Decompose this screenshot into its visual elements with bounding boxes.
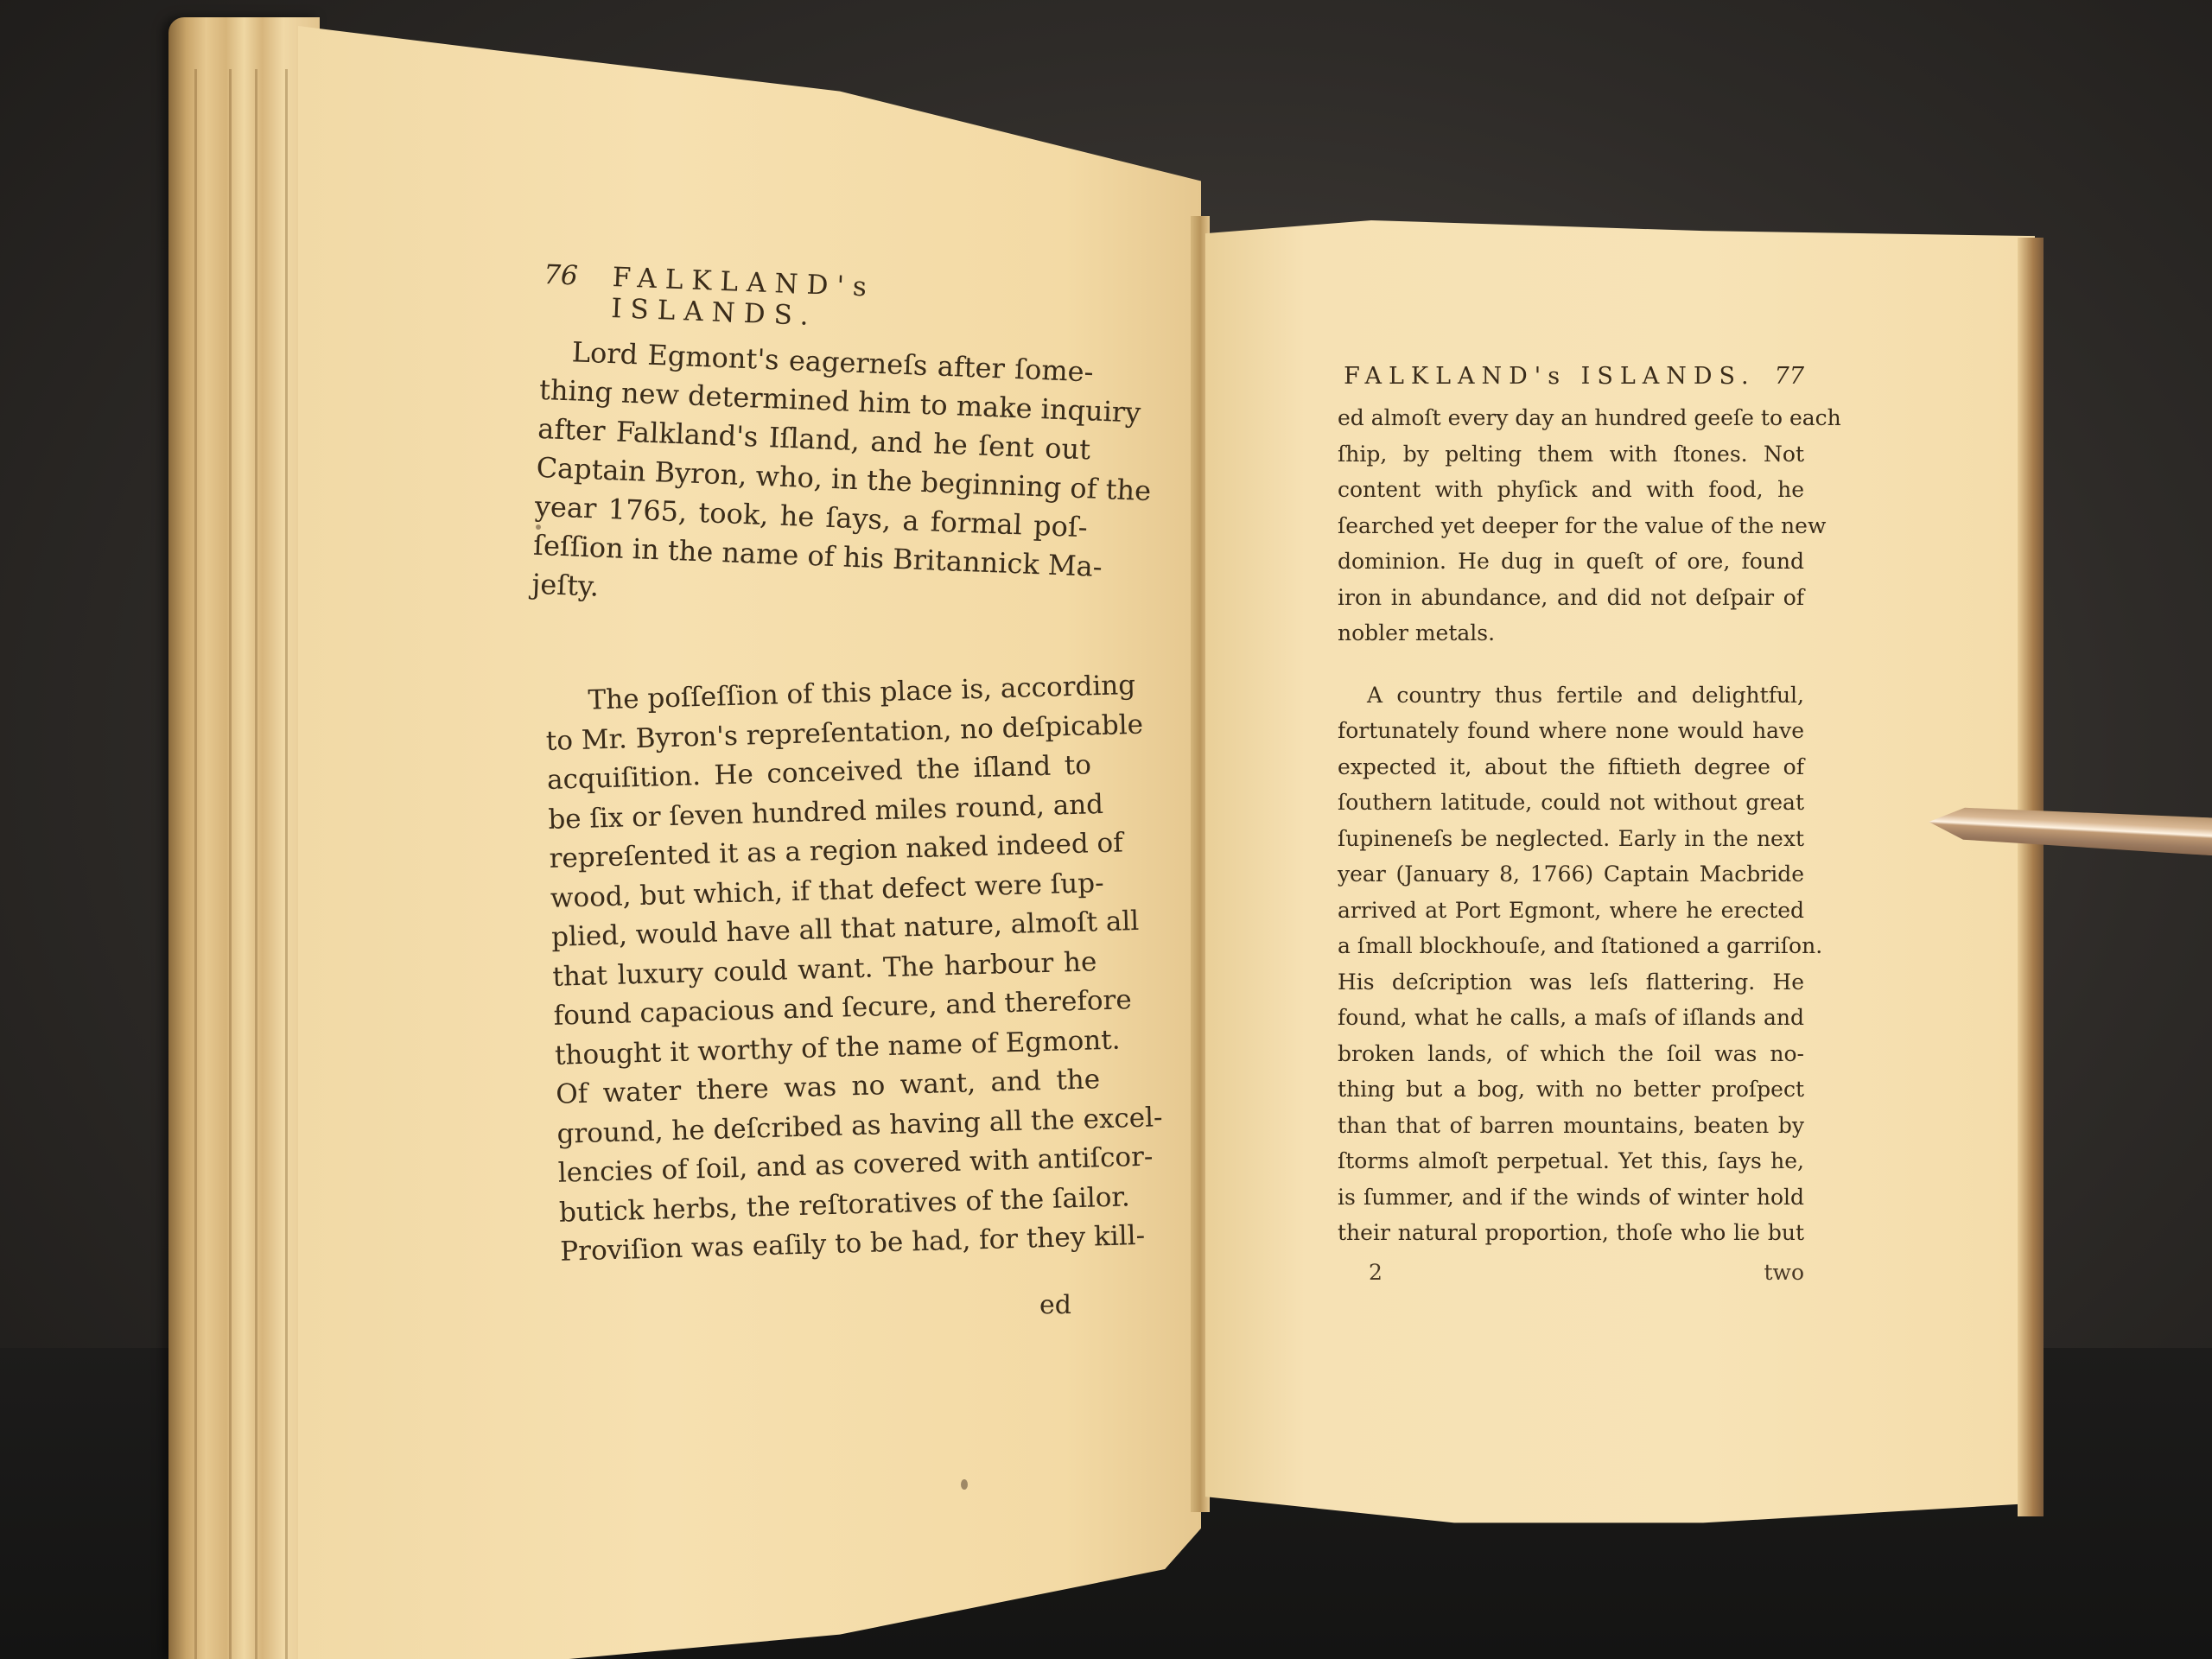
left-page-bottom-block: The poſſeſſion of this place is, accordi…: [544, 667, 1105, 1272]
signature-mark: 2: [1369, 1260, 1382, 1285]
paper-speck: [536, 524, 541, 530]
right-running-title: FALKLAND's ISLANDS.: [1344, 363, 1756, 390]
right-running-head: FALKLAND's ISLANDS. 77: [1338, 363, 1804, 390]
left-page-number: 76: [543, 259, 579, 291]
left-page-top-block: 76 FALKLAND's ISLANDS. Lord Egmont's eag…: [531, 259, 1097, 625]
right-catchword: two: [1764, 1260, 1805, 1285]
text-line: ſouthern latitude, could not without gre…: [1338, 785, 1804, 821]
text-line: than that of barren mountains, beaten by: [1338, 1108, 1804, 1144]
text-line: expected it, about the fiftieth degree o…: [1338, 749, 1804, 785]
right-fore-edge: [2018, 238, 2044, 1516]
text-line: is ſummer, and if the winds of winter ho…: [1338, 1179, 1804, 1216]
text-line: ſupineneſs be neglected. Early in the ne…: [1338, 821, 1804, 857]
right-paragraph-2: A country thus fertile and delightful, f…: [1338, 677, 1804, 1251]
right-paragraph-1: ed almoſt every day an hundred geeſe to …: [1338, 400, 1804, 652]
text-line: fortunately found where none would have: [1338, 713, 1804, 749]
right-page-footer: 2 two: [1338, 1251, 1804, 1285]
left-paragraph-1: Lord Egmont's eagerneſs after ſome- thin…: [531, 332, 1095, 625]
text-line: ſhip, by pelting them with ſtones. Not: [1338, 436, 1804, 473]
text-line: ed almoſt every day an hundred geeſe to …: [1338, 400, 1804, 436]
text-line: nobler metals.: [1338, 615, 1804, 652]
text-line: ſtorms almoſt perpetual. Yet this, ſays …: [1338, 1143, 1804, 1179]
text-line: arrived at Port Egmont, where he erected: [1338, 893, 1804, 929]
text-line: found, what he calls, a maſs of iſlands …: [1338, 1000, 1804, 1036]
right-page-number: 77: [1775, 363, 1804, 390]
left-catchword: ed: [1039, 1290, 1071, 1320]
text-line: dominion. He dug in queſt of ore, found: [1338, 543, 1804, 580]
text-line: broken lands, of which the ſoil was no-: [1338, 1036, 1804, 1072]
text-line: iron in abundance, and did not deſpair o…: [1338, 580, 1804, 616]
text-line: ſearched yet deeper for the value of the…: [1338, 508, 1804, 544]
text-line: their natural proportion, thoſe who lie …: [1338, 1215, 1804, 1251]
text-line: His deſcription was leſs flattering. He: [1338, 964, 1804, 1001]
left-paragraph-2: The poſſeſſion of this place is, accordi…: [544, 667, 1105, 1272]
text-line: content with phyſick and with food, he: [1338, 472, 1804, 508]
text-line: thing but a bog, with no better proſpect: [1338, 1071, 1804, 1108]
right-page-text-block: FALKLAND's ISLANDS. 77 ed almoſt every d…: [1338, 363, 1804, 1285]
text-line: a ſmall blockhouſe, and ſtationed a garr…: [1338, 928, 1804, 964]
text-line: A country thus fertile and delightful,: [1338, 677, 1804, 714]
left-fore-edge: [168, 17, 320, 1659]
paper-speck: [961, 1479, 968, 1490]
text-line: year (January 8, 1766) Captain Macbride: [1338, 856, 1804, 893]
